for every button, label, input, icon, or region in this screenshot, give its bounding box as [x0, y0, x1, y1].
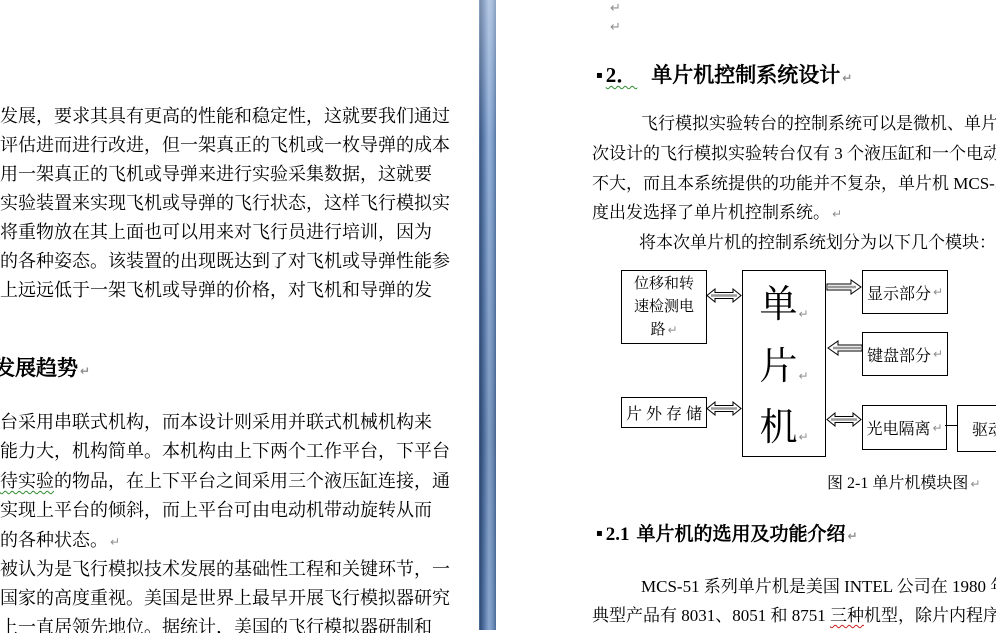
box-label: 单	[759, 285, 797, 325]
text-line[interactable]: MCS-51 系列单片机是美国 INTEL 公司在 1980 年推出	[641, 577, 996, 596]
figure-box-driver[interactable]: 驱动	[957, 405, 996, 452]
text-line[interactable]: 用一架真正的飞机或导弹来进行实验采集数据，这就要	[0, 164, 432, 184]
text-line-content: 国家的高度重视。美国是世界上最早开展飞行模拟器研究	[0, 588, 450, 608]
heading-number: 2．	[606, 63, 638, 87]
box-label: 驱动	[972, 417, 996, 440]
text-line-content: 台采用串联式机构，而本设计则采用并联式机械机构来	[0, 412, 432, 432]
text-line-content: 不大，而且本系统提供的功能并不复杂，单片机 MCS-51	[592, 174, 996, 193]
page-right: ↵ ↵ ▪2．单片机控制系统设计↵ 飞行模拟实验转台的控制系统可以是微机、单片机…	[496, 0, 996, 633]
text-line-content: 上远远低于一架飞机或导弹的价格，对飞机和导弹的发	[0, 280, 432, 300]
box-label: 位移和转	[634, 273, 694, 296]
heading-number: 2.1	[606, 524, 630, 545]
box-label: 机	[759, 408, 797, 448]
text-line-content: 度出发选择了单片机控制系统。	[592, 203, 830, 222]
text-line[interactable]: 实验装置来实现飞机或导弹的飞行状态，这样飞行模拟实	[0, 193, 450, 213]
mcu-char-row: 单↵	[759, 285, 808, 325]
connector-line	[945, 425, 957, 426]
word-document-view: { "marks": { "pilcrow": "↵", "bullet": "…	[0, 0, 996, 633]
heading-development-trend[interactable]: 发展趋势↵	[0, 352, 90, 382]
text-line[interactable]: 国家的高度重视。美国是世界上最早开展飞行模拟器研究	[0, 588, 450, 608]
text-line[interactable]: 的各种姿态。该装置的出现既达到了对飞机或导弹性能参	[0, 251, 450, 271]
text-line-content: 评估进而进行改进，但一架真正的飞机或一枚导弹的成本	[0, 135, 450, 155]
heading-text: 单片机控制系统设计	[651, 63, 840, 87]
pilcrow-mark: ↵	[610, 1, 621, 16]
text-line-content: 的物品，在上下平台之间采用三个液压缸连接，通	[54, 471, 450, 491]
heading-style-bullet-icon: ▪	[596, 528, 603, 539]
pilcrow-mark: ↵	[667, 323, 677, 337]
box-label: 片 外 存 储	[626, 401, 702, 424]
heading-text: 发展趋势	[0, 356, 78, 380]
text-line[interactable]: 待实验的物品，在上下平台之间采用三个液压缸连接，通	[0, 471, 450, 491]
text-line[interactable]: 上远远低于一架飞机或导弹的价格，对飞机和导弹的发	[0, 280, 432, 300]
text-line[interactable]: 被认为是飞行模拟技术发展的基础性工程和关键环节，一	[0, 559, 450, 579]
box-label: 显示部分	[867, 281, 931, 304]
figure-box-keyboard[interactable]: 键盘部分↵	[862, 332, 948, 376]
pilcrow-mark: ↵	[798, 307, 808, 321]
text-line[interactable]: 飞行模拟实验转台的控制系统可以是微机、单片机、	[641, 114, 996, 133]
pilcrow-mark: ↵	[798, 369, 808, 383]
pilcrow-mark: ↵	[933, 347, 943, 361]
page-gap-divider	[479, 0, 496, 630]
text-line[interactable]: 不大，而且本系统提供的功能并不复杂，单片机 MCS-51	[592, 174, 996, 193]
text-line-content: 能力大，机构简单。本机构由上下两个工作平台，下平台	[0, 441, 450, 461]
text-line-content: 实现上平台的倾斜，而上平台可由电动机带动旋转从而	[0, 500, 432, 520]
section-heading[interactable]: ▪2.1单片机的选用及功能介绍↵	[596, 519, 858, 546]
caption-text: 图 2-1 单片机模块图	[827, 475, 968, 492]
pilcrow-mark: ↵	[110, 535, 120, 549]
pilcrow-mark: ↵	[610, 20, 621, 35]
spelling-flagged-text: 三种	[830, 606, 864, 625]
text-line-content: 实验装置来实现飞机或导弹的飞行状态，这样飞行模拟实	[0, 193, 450, 213]
figure-box-mcu[interactable]: 单↵ 片↵ 机↵	[742, 270, 826, 457]
pilcrow-mark: ↵	[848, 529, 858, 543]
text-line-content: 的各种姿态。该装置的出现既达到了对飞机或导弹性能参	[0, 251, 450, 271]
pilcrow-mark: ↵	[970, 477, 980, 491]
pilcrow-mark: ↵	[832, 207, 842, 221]
text-line-content: 飞行模拟实验转台的控制系统可以是微机、单片机、	[641, 114, 996, 133]
grammar-flagged-text: 待实验	[0, 471, 54, 491]
text-line-content: 发展，要求其具有更高的性能和稳定性，这就要我们通过	[0, 106, 450, 126]
box-label: 片	[759, 347, 797, 387]
text-line-content: 被认为是飞行模拟技术发展的基础性工程和关键环节，一	[0, 559, 450, 579]
text-line[interactable]: 发展，要求其具有更高的性能和稳定性，这就要我们通过	[0, 106, 450, 126]
heading-style-bullet-icon: ▪	[596, 70, 603, 81]
figure-box-opto-isolation[interactable]: 光电隔离↵	[862, 405, 947, 450]
text-line[interactable]: 上一直居领先地位。据统计，美国的飞行模拟器研制和	[0, 617, 432, 633]
text-line-content: 的各种状态。	[0, 530, 108, 550]
text-line[interactable]: 评估进而进行改进，但一架真正的飞机或一枚导弹的成本	[0, 135, 450, 155]
text-line[interactable]: 实现上平台的倾斜，而上平台可由电动机带动旋转从而	[0, 500, 432, 520]
box-label-row: 路↵	[650, 319, 677, 342]
text-line[interactable]: 台采用串联式机构，而本设计则采用并联式机械机构来	[0, 412, 432, 432]
right-arrow-icon[interactable]	[826, 279, 862, 295]
pilcrow-mark: ↵	[932, 421, 942, 435]
text-line[interactable]: 次设计的飞行模拟实验转台仅有 3 个液压缸和一个电动机	[592, 144, 996, 163]
text-line-content: 典型产品有 8031、8051 和 8751	[592, 606, 830, 625]
figure-box-display[interactable]: 显示部分↵	[862, 270, 948, 314]
left-arrow-icon[interactable]	[827, 340, 863, 356]
figure-box-external-memory[interactable]: 片 外 存 储	[621, 397, 707, 428]
box-label: 速检测电	[634, 296, 694, 319]
text-line-content: MCS-51 系列单片机是美国 INTEL 公司在 1980 年推出	[641, 577, 996, 596]
pilcrow-mark: ↵	[798, 430, 808, 444]
text-line[interactable]: 典型产品有 8031、8051 和 8751 三种机型，除片内程序存	[592, 606, 996, 625]
figure-box-sensor-circuit[interactable]: 位移和转 速检测电 路↵	[621, 270, 707, 344]
text-line[interactable]: 的各种状态。↵	[0, 530, 120, 552]
mcu-char-row: 片↵	[759, 347, 808, 387]
page-left: 发展，要求其具有更高的性能和稳定性，这就要我们通过 评估进而进行改进，但一架真正…	[0, 0, 479, 633]
box-label: 光电隔离	[866, 416, 930, 439]
box-label: 路	[650, 322, 665, 338]
text-line-content: 上一直居领先地位。据统计，美国的飞行模拟器研制和	[0, 617, 432, 633]
double-arrow-icon[interactable]	[706, 288, 742, 303]
text-line-content: 将重物放在其上面也可以用来对飞行员进行培训，因为	[0, 222, 432, 242]
mcu-char-row: 机↵	[759, 408, 808, 448]
pilcrow-mark: ↵	[80, 364, 90, 378]
double-arrow-icon[interactable]	[706, 401, 742, 416]
pilcrow-mark: ↵	[842, 71, 852, 85]
chapter-heading[interactable]: ▪2．单片机控制系统设计↵	[596, 59, 852, 89]
pilcrow-mark: ↵	[933, 285, 943, 299]
box-label: 键盘部分	[867, 343, 931, 366]
text-line[interactable]: 将重物放在其上面也可以用来对飞行员进行培训，因为	[0, 222, 432, 242]
double-arrow-icon[interactable]	[826, 412, 862, 427]
figure-caption[interactable]: 图 2-1 单片机模块图↵	[827, 470, 980, 493]
text-line-content: 用一架真正的飞机或导弹来进行实验采集数据，这就要	[0, 164, 432, 184]
heading-text: 单片机的选用及功能介绍	[637, 524, 846, 545]
text-line-content: 次设计的飞行模拟实验转台仅有 3 个液压缸和一个电动机	[592, 144, 996, 163]
text-line-content: 机型，除片内程序存	[864, 606, 996, 625]
text-line[interactable]: 度出发选择了单片机控制系统。↵	[592, 203, 842, 224]
text-line-content: 将本次单片机的控制系统划分为以下几个模块：	[639, 233, 996, 252]
text-line[interactable]: 将本次单片机的控制系统划分为以下几个模块：↵	[639, 233, 996, 254]
text-line[interactable]: 能力大，机构简单。本机构由上下两个工作平台，下平台	[0, 441, 450, 461]
